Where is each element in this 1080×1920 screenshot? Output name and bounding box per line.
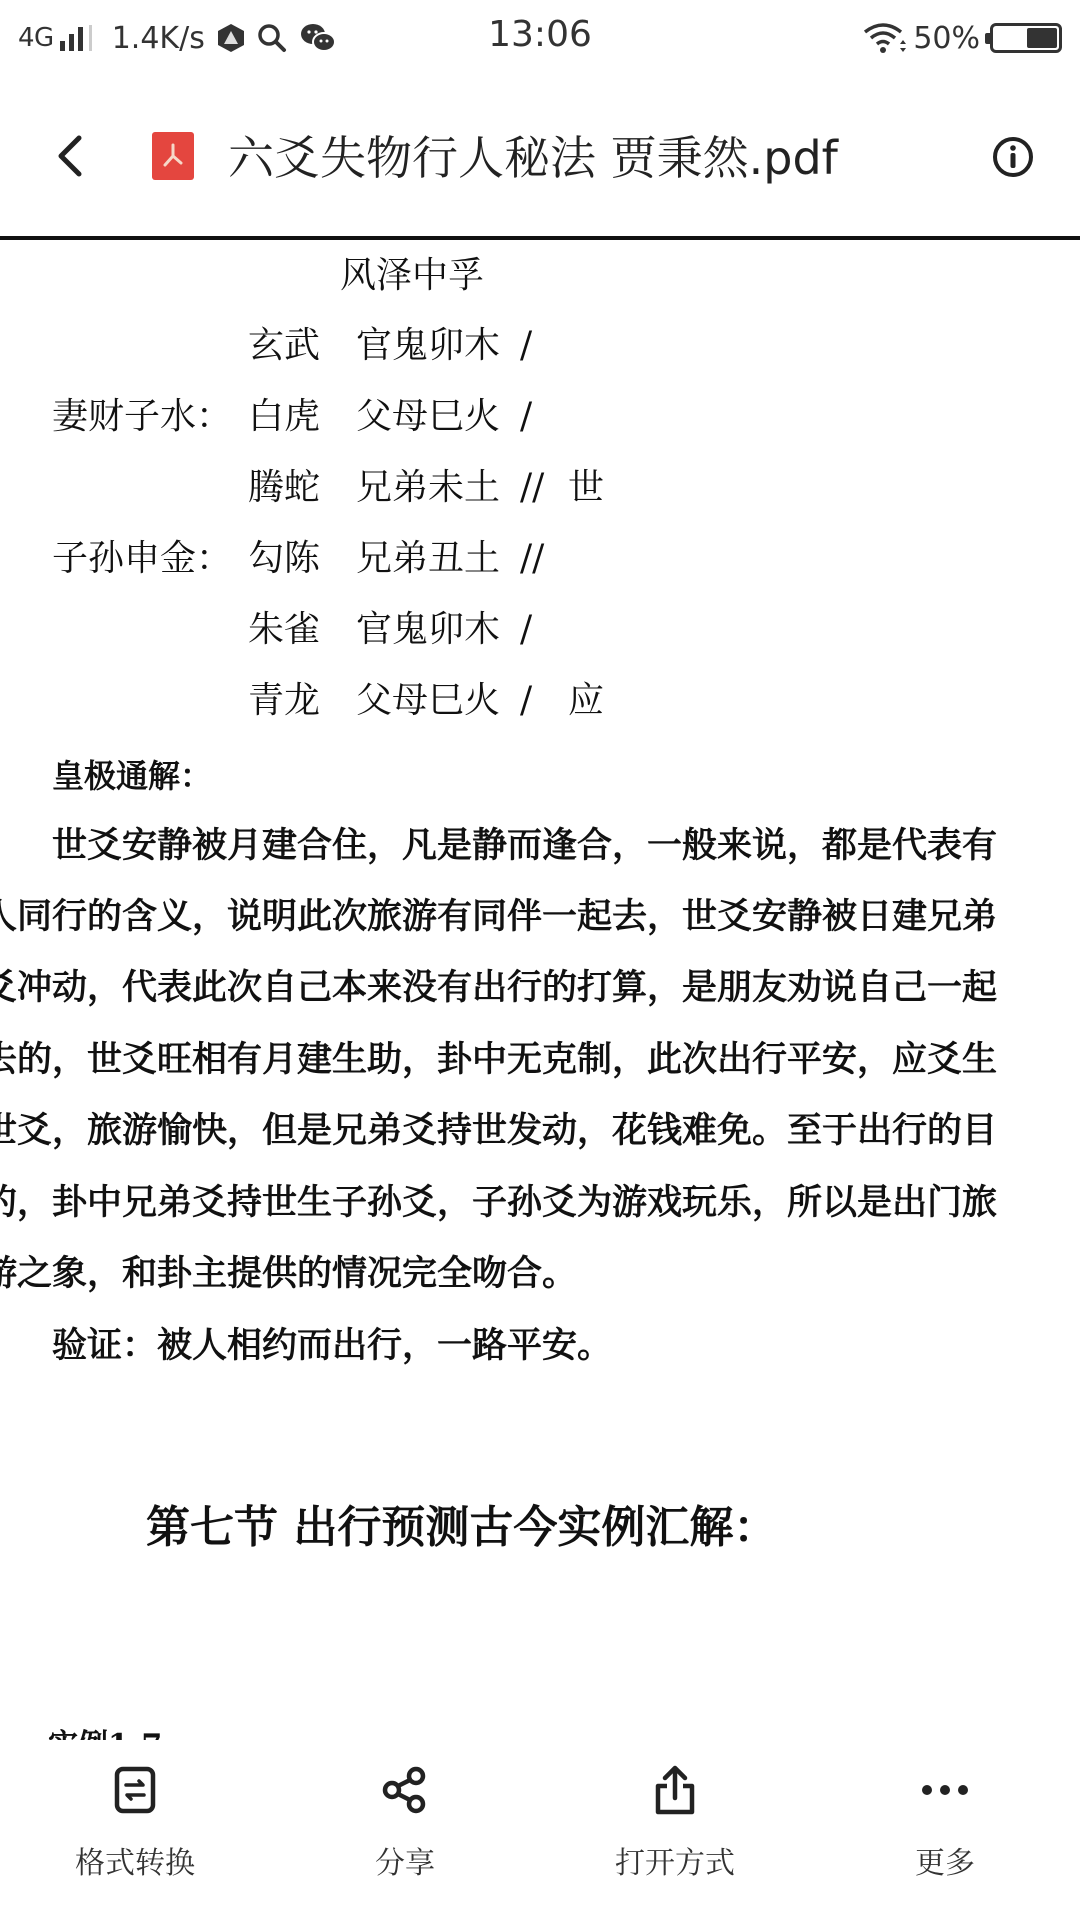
share-button[interactable]: 分享 bbox=[270, 1740, 540, 1920]
back-button[interactable] bbox=[40, 126, 100, 186]
paragraph-line: 世爻安静被月建合住，凡是静而逢合，一般来说，都是代表有 bbox=[52, 810, 997, 882]
wifi-icon bbox=[863, 22, 907, 54]
open-with-label: 打开方式 bbox=[615, 1838, 735, 1882]
app-header: 六爻失物行人秘法 贾秉然.pdf bbox=[0, 76, 1080, 236]
hexagram-title: 风泽中孚 bbox=[340, 252, 484, 300]
paragraph-line: 的，卦中兄弟爻持世生子孙爻，子孙爻为游戏玩乐，所以是出门旅 bbox=[0, 1167, 997, 1239]
open-with-icon bbox=[653, 1762, 697, 1818]
info-icon bbox=[991, 135, 1035, 179]
verification-text: 验证：被人相约而出行，一路平安。 bbox=[52, 1310, 612, 1382]
chevron-left-icon bbox=[55, 134, 85, 178]
battery-icon bbox=[990, 23, 1062, 53]
share-label: 分享 bbox=[375, 1838, 435, 1882]
paragraph-line: 游之象，和卦主提供的情况完全吻合。 bbox=[0, 1238, 577, 1310]
battery-percent: 50% bbox=[913, 21, 980, 56]
section-heading: 第七节 出行预测古今实例汇解： bbox=[146, 1504, 777, 1552]
section-label: 皇极通解： bbox=[52, 752, 212, 800]
format-convert-icon bbox=[114, 1762, 156, 1818]
info-button[interactable] bbox=[982, 126, 1044, 188]
paragraph-line: 人同行的含义，说明此次旅游有同伴一起去，世爻安静被日建兄弟 bbox=[0, 881, 997, 953]
share-icon bbox=[381, 1762, 429, 1818]
more-button[interactable]: 更多 bbox=[810, 1740, 1080, 1920]
more-icon bbox=[921, 1762, 969, 1818]
status-bar: 4G 1.4K/s 13:06 50% bbox=[0, 0, 1080, 76]
paragraph-line: 爻冲动，代表此次自己本来没有出行的打算，是朋友劝说自己一起 bbox=[0, 952, 997, 1024]
open-with-button[interactable]: 打开方式 bbox=[540, 1740, 810, 1920]
bottom-toolbar: 格式转换 分享 打开方式 更多 bbox=[0, 1740, 1080, 1920]
pdf-viewport[interactable]: 风泽中孚 玄武 官鬼卯木 / 妻财子水： 白虎 父母巳火 / 腾蛇 兄弟未土 /… bbox=[0, 236, 1080, 1740]
example-label: 实例1-7 bbox=[48, 1722, 162, 1740]
document-title: 六爻失物行人秘法 贾秉然.pdf bbox=[228, 122, 838, 188]
status-right: 50% bbox=[863, 18, 1062, 58]
format-convert-button[interactable]: 格式转换 bbox=[0, 1740, 270, 1920]
page-top-border bbox=[0, 236, 1080, 240]
paragraph-line: 去的，世爻旺相有月建生助，卦中无克制，此次出行平安，应爻生 bbox=[0, 1024, 997, 1096]
more-label: 更多 bbox=[915, 1838, 975, 1882]
pdf-file-icon bbox=[152, 132, 194, 180]
format-convert-label: 格式转换 bbox=[75, 1838, 195, 1882]
paragraph-line: 世爻，旅游愉快，但是兄弟爻持世发动，花钱难免。至于出行的目 bbox=[0, 1095, 997, 1167]
